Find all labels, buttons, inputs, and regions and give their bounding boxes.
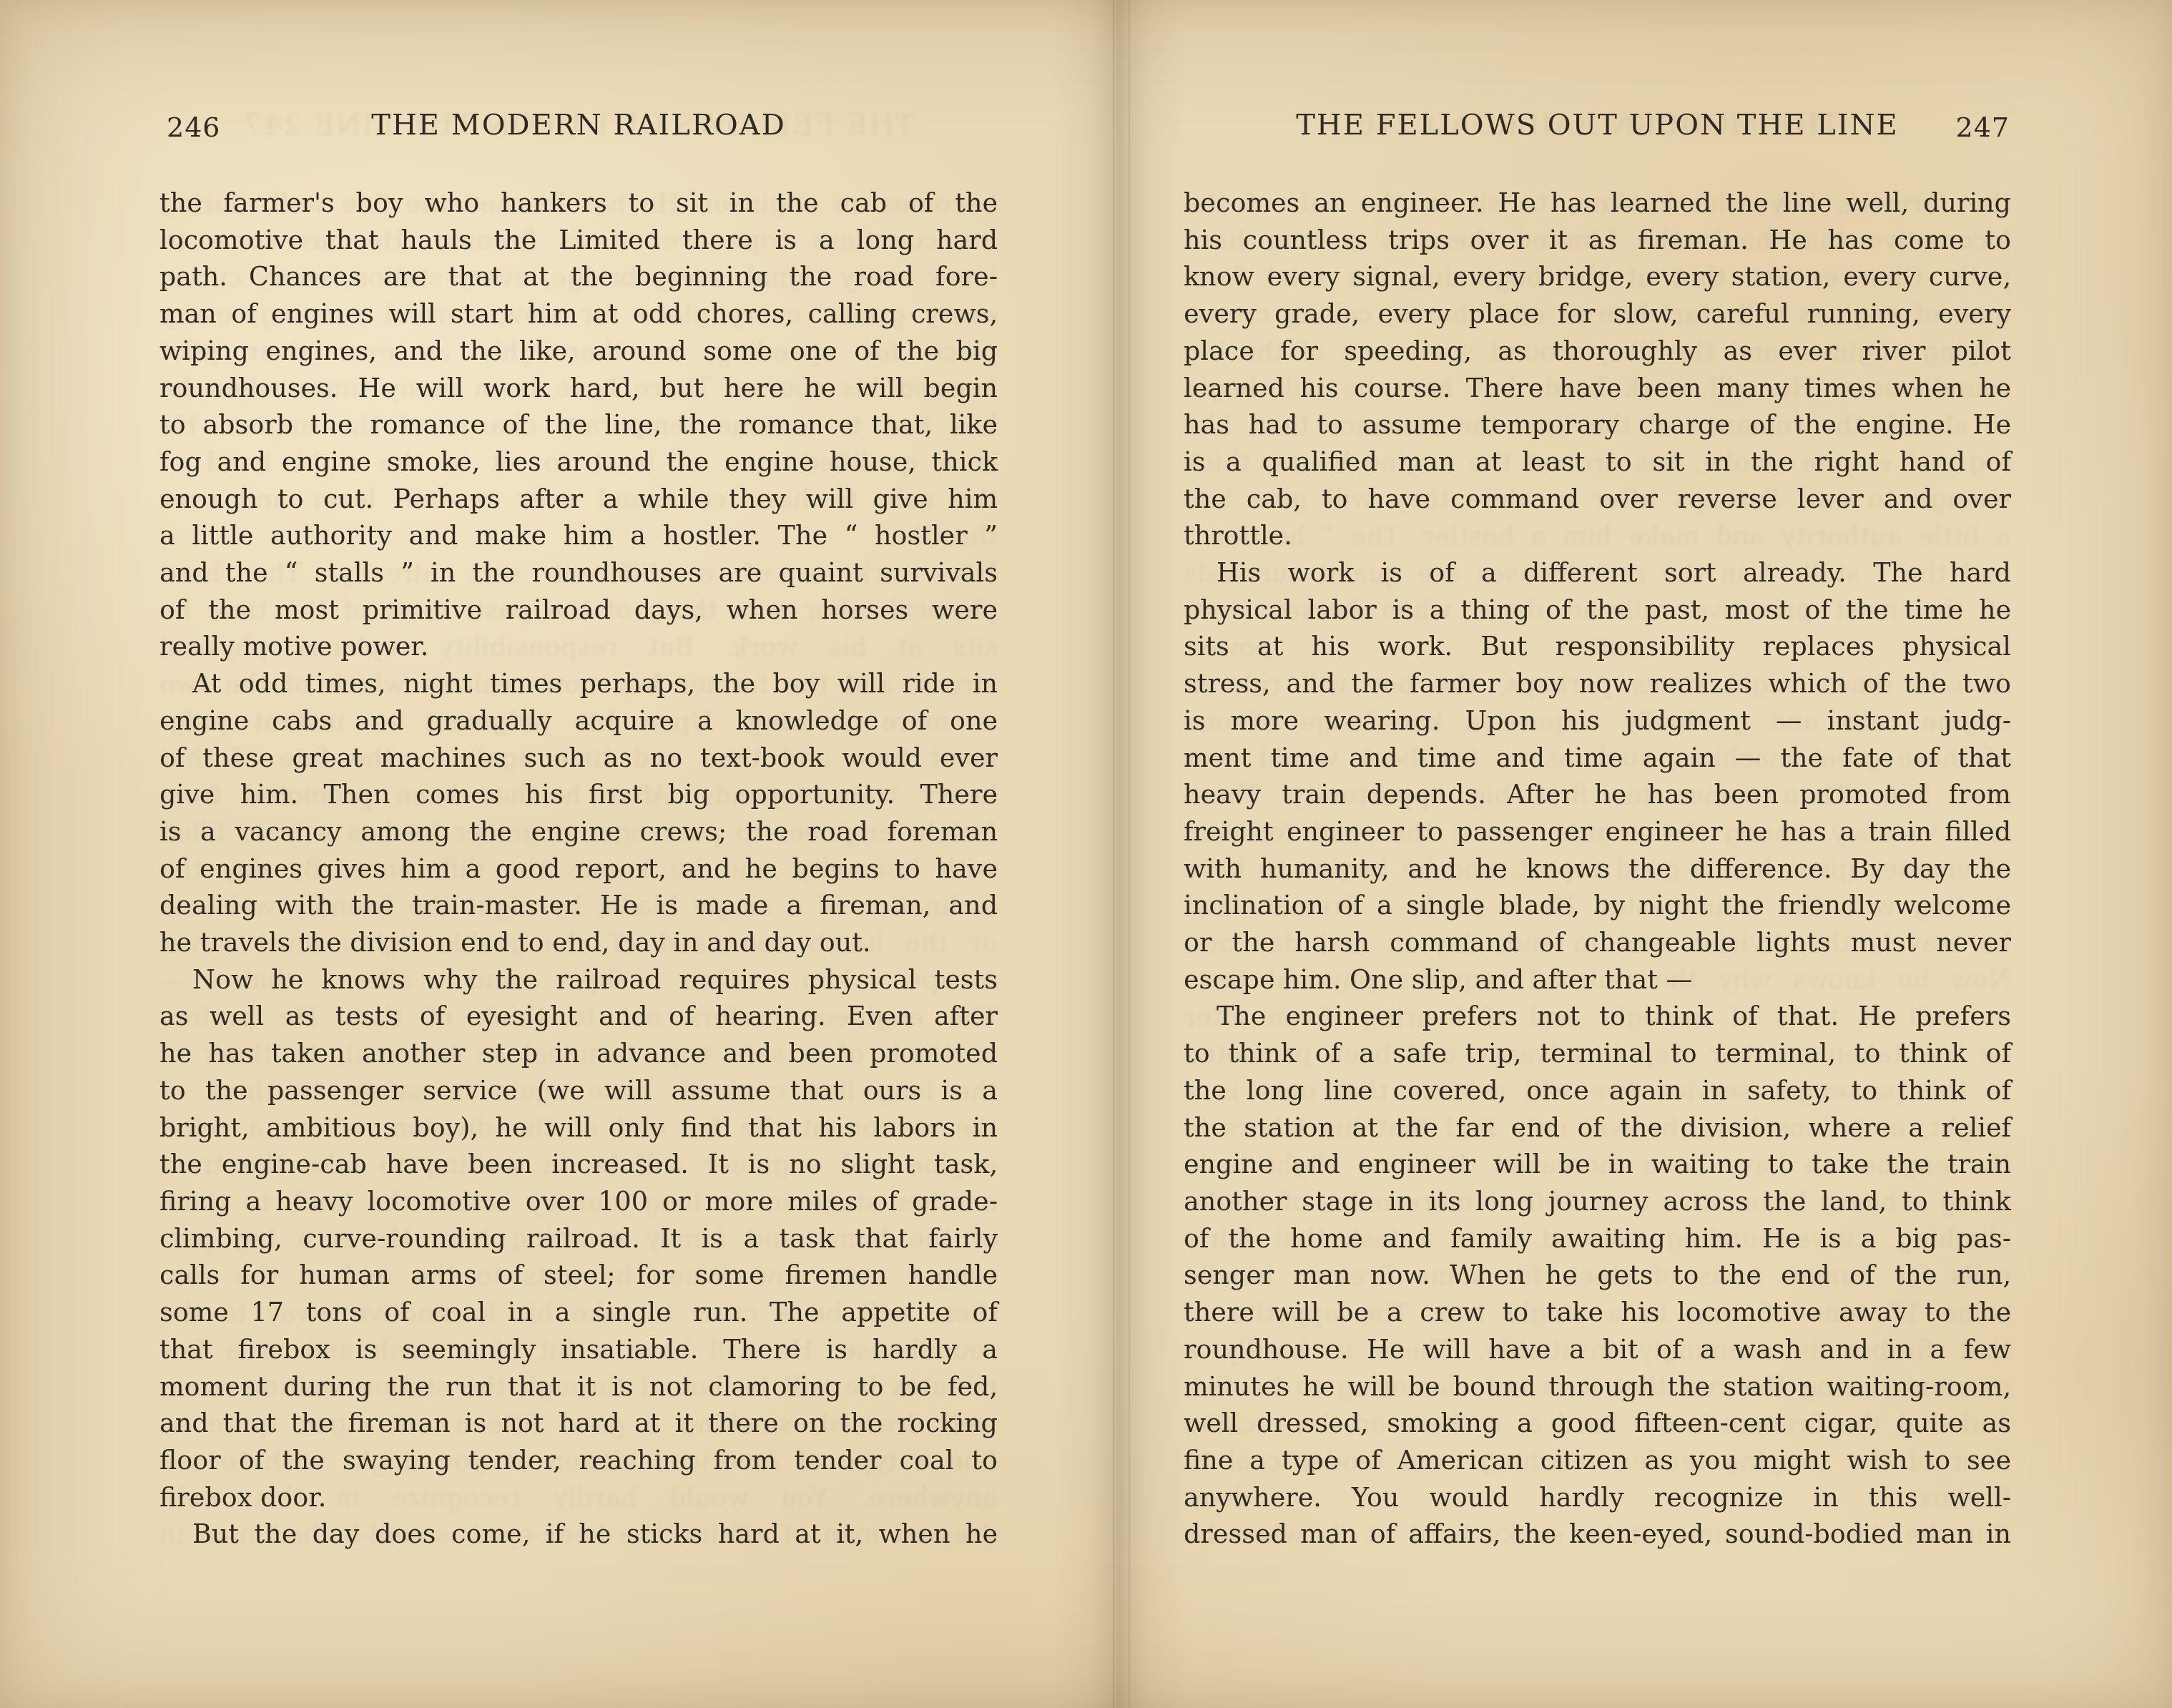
text-line: of engines gives him a good report, and … bbox=[159, 850, 998, 888]
text-line: engine cabs and gradually acquire a know… bbox=[159, 702, 998, 740]
text-line: stress, and the farmer boy now realizes … bbox=[1184, 665, 2011, 702]
page-number: 247 bbox=[1955, 109, 2010, 145]
text-line: with humanity, and he knows the differen… bbox=[1184, 850, 2011, 888]
text-line: floor of the swaying tender, reaching fr… bbox=[159, 1442, 998, 1479]
text-line: anywhere. You would hardly recognize in … bbox=[1184, 1479, 2011, 1516]
text-line: path. Chances are that at the beginning … bbox=[159, 258, 998, 295]
text-line: well dressed, smoking a good fifteen-cen… bbox=[1184, 1405, 2011, 1442]
text-line: calls for human arms of steel; for some … bbox=[159, 1257, 998, 1294]
page-body: becomes an engineer. He has learned the … bbox=[1184, 185, 2011, 1553]
text-line: sits at his work. But responsibility rep… bbox=[1184, 628, 2011, 665]
text-line: place for speeding, as thoroughly as eve… bbox=[1184, 333, 2011, 370]
text-line: throttle. bbox=[1184, 517, 2011, 554]
text-line: wiping engines, and the like, around som… bbox=[159, 333, 998, 370]
text-line: ment time and time and time again — the … bbox=[1184, 740, 2011, 777]
text-line: of the most primitive railroad days, whe… bbox=[159, 592, 998, 629]
text-line: locomotive that hauls the Limited there … bbox=[159, 222, 998, 259]
text-line: climbing, curve-rounding railroad. It is… bbox=[159, 1220, 998, 1257]
text-line: senger man now. When he gets to the end … bbox=[1184, 1257, 2011, 1294]
text-line: physical labor is a thing of the past, m… bbox=[1184, 592, 2011, 629]
text-line: dressed man of affairs, the keen-eyed, s… bbox=[1184, 1516, 2011, 1553]
text-line: fog and engine smoke, lies around the en… bbox=[159, 443, 998, 481]
text-line: fine a type of American citizen as you m… bbox=[1184, 1442, 2011, 1479]
text-line: another stage in its long journey across… bbox=[1184, 1183, 2011, 1220]
text-line: learned his course. There have been many… bbox=[1184, 370, 2011, 407]
text-line: the engine-cab have been increased. It i… bbox=[159, 1146, 998, 1183]
text-line: roundhouses. He will work hard, but here… bbox=[159, 370, 998, 407]
text-line: The engineer prefers not to think of tha… bbox=[1184, 998, 2011, 1035]
text-line: and the “ stalls ” in the roundhouses ar… bbox=[159, 554, 998, 592]
book-spread: THE FELLOWS OUT UPON THE LINE 247becomes… bbox=[0, 0, 2172, 1708]
page-left: THE FELLOWS OUT UPON THE LINE 247becomes… bbox=[0, 0, 1087, 1708]
page-right: THE MODERN RAILROAD 246the farmer's boy … bbox=[1087, 0, 2172, 1708]
text-line: some 17 tons of coal in a single run. Th… bbox=[159, 1294, 998, 1331]
page-body: the farmer's boy who hankers to sit in t… bbox=[159, 185, 998, 1553]
text-line: give him. Then comes his first big oppor… bbox=[159, 776, 998, 813]
text-line: firebox door. bbox=[159, 1479, 998, 1516]
text-line: his countless trips over it as fireman. … bbox=[1184, 222, 2011, 259]
text-line: of these great machines such as no text-… bbox=[159, 740, 998, 777]
text-line: bright, ambitious boy), he will only fin… bbox=[159, 1109, 998, 1147]
text-line: At odd times, night times perhaps, the b… bbox=[159, 665, 998, 702]
text-line: is a vacancy among the engine crews; the… bbox=[159, 813, 998, 850]
running-head: THE MODERN RAILROAD bbox=[371, 109, 786, 142]
text-line: is a qualified man at least to sit in th… bbox=[1184, 443, 2011, 481]
text-line: the long line covered, once again in saf… bbox=[1184, 1072, 2011, 1109]
text-line: heavy train depends. After he has been p… bbox=[1184, 776, 2011, 813]
text-line: freight engineer to passenger engineer h… bbox=[1184, 813, 2011, 850]
text-line: a little authority and make him a hostle… bbox=[159, 517, 998, 554]
page-number: 246 bbox=[167, 109, 221, 145]
text-line: enough to cut. Perhaps after a while the… bbox=[159, 481, 998, 518]
right-header: THE FELLOWS OUT UPON THE LINE 247 bbox=[1184, 107, 2011, 143]
text-line: and that the fireman is not hard at it t… bbox=[159, 1405, 998, 1442]
text-line: becomes an engineer. He has learned the … bbox=[1184, 185, 2011, 222]
text-line: minutes he will be bound through the sta… bbox=[1184, 1368, 2011, 1405]
text-line: really motive power. bbox=[159, 628, 998, 665]
text-line: escape him. One slip, and after that — bbox=[1184, 961, 2011, 998]
text-line: every grade, every place for slow, caref… bbox=[1184, 295, 2011, 333]
text-line: inclination of a single blade, by night … bbox=[1184, 887, 2011, 924]
text-line: man of engines will start him at odd cho… bbox=[159, 295, 998, 333]
text-line: the cab, to have command over reverse le… bbox=[1184, 481, 2011, 518]
text-line: His work is of a different sort already.… bbox=[1184, 554, 2011, 592]
text-line: he has taken another step in advance and… bbox=[159, 1035, 998, 1072]
text-line: is more wearing. Upon his judgment — ins… bbox=[1184, 702, 2011, 740]
text-line: to the passenger service (we will assume… bbox=[159, 1072, 998, 1109]
text-line: of the home and family awaiting him. He … bbox=[1184, 1220, 2011, 1257]
text-line: moment during the run that it is not cla… bbox=[159, 1368, 998, 1405]
text-line: that firebox is seemingly insatiable. Th… bbox=[159, 1331, 998, 1368]
text-line: But the day does come, if he sticks hard… bbox=[159, 1516, 998, 1553]
text-line: to think of a safe trip, terminal to ter… bbox=[1184, 1035, 2011, 1072]
left-header: 246 THE MODERN RAILROAD bbox=[159, 107, 998, 143]
text-line: roundhouse. He will have a bit of a wash… bbox=[1184, 1331, 2011, 1368]
text-line: has had to assume temporary charge of th… bbox=[1184, 406, 2011, 443]
text-line: dealing with the train-master. He is mad… bbox=[159, 887, 998, 924]
running-head: THE FELLOWS OUT UPON THE LINE bbox=[1296, 109, 1899, 142]
text-line: firing a heavy locomotive over 100 or mo… bbox=[159, 1183, 998, 1220]
text-line: the farmer's boy who hankers to sit in t… bbox=[159, 185, 998, 222]
text-line: engine and engineer will be in waiting t… bbox=[1184, 1146, 2011, 1183]
text-line: know every signal, every bridge, every s… bbox=[1184, 258, 2011, 295]
text-line: there will be a crew to take his locomot… bbox=[1184, 1294, 2011, 1331]
text-line: the station at the far end of the divisi… bbox=[1184, 1109, 2011, 1147]
text-line: Now he knows why the railroad requires p… bbox=[159, 961, 998, 998]
text-line: or the harsh command of changeable light… bbox=[1184, 924, 2011, 961]
text-line: as well as tests of eyesight and of hear… bbox=[159, 998, 998, 1035]
text-line: he travels the division end to end, day … bbox=[159, 924, 998, 961]
text-line: to absorb the romance of the line, the r… bbox=[159, 406, 998, 443]
